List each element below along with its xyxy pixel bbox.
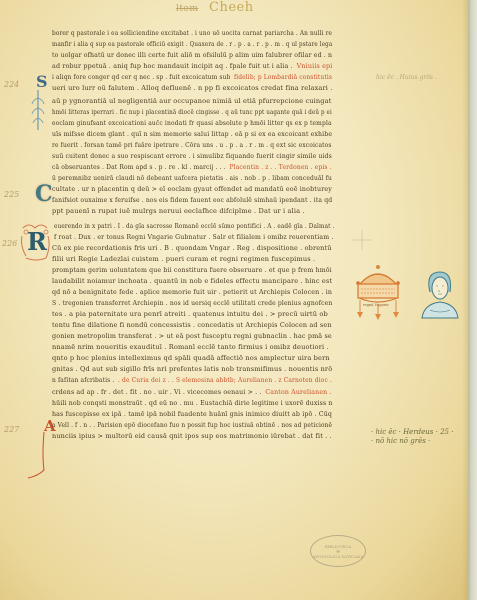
line-text: ueri uro lurr oū falutem . Alloq defluen… — [52, 84, 332, 92]
line-text: promptam gerim uoluntatem que bii consti… — [52, 266, 332, 274]
margin-note-line: · hic ēc · Herdeus · 25 · — [371, 428, 453, 437]
crown-and-bust-illustration-icon: regnū Vngarie — [350, 262, 460, 332]
text-line: ppt pauenī n rupat iuē mulrgs neruui eec… — [52, 207, 305, 215]
rubric-text: . de Curia dei z . . S elemosina abbtb; … — [118, 376, 332, 384]
text-line: fanifsiot ouxaime x feruifse . nos eis f… — [52, 196, 332, 204]
line-text: suū cuitent donec a suo respiscant error… — [52, 152, 332, 160]
line-text: i aliqn fore conger qd cer q nec . sp . … — [52, 73, 230, 81]
text-line: nunciis ipius > multorū eid causā qnit i… — [52, 432, 332, 440]
text-line: n fafitan afcribatis .. de Curia dei z .… — [52, 376, 332, 384]
text-line: has fuscepisse ex ipā . tamē ipā nobil f… — [52, 410, 332, 418]
text-line: nnamē nrim noueritis exaudituī . Romanī … — [52, 343, 329, 351]
line-text: hūili nob conqsti monstraūt . qd eū no .… — [52, 399, 333, 407]
text-line: tes . a pia paternitate ura penrī atreit… — [52, 310, 328, 318]
text-line: uīs mifsse dicem glant . quī n sim memor… — [52, 130, 332, 138]
margin-note-line: · nō hic nō grēs · — [371, 437, 453, 446]
text-line: gonien metropolim transferat . > ut eā p… — [52, 332, 332, 340]
text-line: qd nō a benignitate fede . aplice memori… — [52, 288, 332, 296]
crown-icon: regnū Vngarie — [356, 265, 400, 320]
flourish-icon — [30, 90, 46, 132]
line-text: filii uri Regie Ladezlai cuistem . pueri… — [52, 255, 315, 263]
stamp-text-bottom: APOSTOLICA VATICANA — [313, 554, 364, 559]
text-line: ū peremnibz uenirā claudi nō debeant uaf… — [52, 174, 332, 182]
line-text: ū peremnibz uenirā claudi nō debeant uaf… — [52, 174, 332, 182]
line-text: nunciis ipius > multorū eid causā qnit i… — [52, 432, 332, 440]
rubric-text: Vniuiis epi — [297, 62, 333, 70]
line-text: laudabilit noiamur inchoata . quantū in … — [52, 277, 332, 285]
line-text: S . tregonien transferret Archiepin . no… — [52, 299, 332, 307]
line-text: Cū ex pie recordationis fris uri . B . q… — [52, 244, 332, 252]
text-line: a Vell . f . n . . Parisien epō diocefan… — [52, 421, 332, 429]
text-line: filii uri Regie Ladezlai cuistem . pueri… — [52, 255, 315, 263]
bust-icon — [422, 272, 458, 318]
line-text: euerendo in x patri . I . da gīa sacross… — [54, 222, 334, 230]
line-text: aū p ygnorantiā ul negligentiā aur occup… — [52, 97, 332, 105]
text-line: promptam gerim uoluntatem que bii consti… — [52, 266, 332, 274]
line-text: ad robur ppetuā . aniq fup hoc mandauit … — [52, 62, 293, 70]
line-text: manfir i alia q sup ea pastorale officiū… — [52, 40, 332, 48]
margin-note-top-right: hic ēc . Huius grōs . — [376, 74, 437, 81]
decorated-initial-s: S — [36, 72, 48, 91]
text-line: laudabilit noiamur inchoata . quantū in … — [52, 277, 332, 285]
line-text: gonien metropolim transferat . > ut eā p… — [52, 332, 332, 340]
text-line: eoclam ginufsant excoicationi auc̄c inod… — [52, 119, 332, 127]
initial-letter: C — [35, 181, 53, 207]
page-header: ltem Cheeh — [176, 0, 254, 15]
line-text: qnto p hoc plenius intelleximus qd spāli… — [52, 354, 330, 362]
line-text: uīs mifsse dicem glant . quī n sim memor… — [52, 130, 332, 138]
library-stamp: BIBLIOTECA✠ APOSTOLICA VATICANA — [310, 535, 366, 567]
text-line: qnto p hoc plenius intelleximus qd spāli… — [52, 354, 330, 362]
text-line: aū p ygnorantiā ul negligentiā aur occup… — [52, 97, 332, 105]
line-text: has fuscepisse ex ipā . tamē ipā nobil f… — [52, 410, 332, 418]
page-border — [468, 0, 477, 600]
entry-number: 227 — [4, 425, 19, 434]
line-text: n fafitan afcribatis . — [52, 376, 114, 384]
line-text: tentu fine dilatione fi nondū concessist… — [52, 321, 332, 329]
text-line: S . tregonien transferret Archiepin . no… — [52, 299, 332, 307]
line-text: nnamē nrim noueritis exaudituī . Romanī … — [52, 343, 329, 351]
struck-word: ltem — [176, 4, 198, 14]
entry-number: 226 — [2, 239, 17, 248]
entry-number: 224 — [4, 80, 19, 89]
margin-note-bottom-right: · hic ēc · Herdeus · 25 · · nō hic nō gr… — [371, 428, 453, 446]
illustration: regnū Vngarie — [350, 262, 460, 336]
text-line: manfir i alia q sup ea pastorale officiū… — [52, 40, 332, 48]
text-line: tentu fine dilatione fi nondū concessist… — [52, 321, 332, 329]
rubric-text: fidelib; p Lombardiā constitutis — [234, 73, 332, 81]
text-line: Cū ex pie recordationis fris uri . B . q… — [52, 244, 332, 252]
rubric-text: Canton Aurelianen . — [265, 388, 331, 396]
line-text: a Vell . f . n . . Parisien epō diocefan… — [52, 421, 332, 429]
text-line: hūili nob conqsti monstraūt . qd eū no .… — [52, 399, 333, 407]
text-line: suū cuitent donec a suo respiscant error… — [52, 152, 332, 160]
line-text: gnitas . Qd aut sub sigillo frīs nri pre… — [52, 365, 332, 373]
entry-number: 225 — [4, 190, 19, 199]
text-line: ueri uro lurr oū falutem . Alloq defluen… — [52, 84, 332, 92]
line-text: f roat . Dux . er tonus Regni Vngarie Gu… — [54, 233, 333, 241]
text-line: to uolgar ofhatū ur donec illi certe fui… — [52, 51, 332, 59]
line-text: re fuerit . forsan tamē pri fuāre ipetra… — [52, 141, 332, 149]
text-line: crdens ad ap . fr . det . fit . no . uir… — [52, 388, 332, 396]
header-title: Cheeh — [209, 0, 254, 15]
line-text: tes . a pia paternitate ura penrī atreit… — [52, 310, 328, 318]
line-text: crdens ad ap . fr . det . fit . no . uir… — [52, 388, 262, 396]
stamp-text-top: BIBLIOTECA — [325, 544, 352, 549]
text-line: re fuerit . forsan tamē pri fuāre ipetra… — [52, 141, 332, 149]
illustration-label: regnū Vngarie — [363, 303, 389, 307]
text-line: borer q pastorale i ea solliciendine exc… — [52, 29, 332, 37]
text-line: hmōi litteras iperrari . fic nup i place… — [52, 108, 332, 116]
text-line: ad robur ppetuā . aniq fup hoc mandauit … — [52, 62, 332, 70]
line-text: eoclam ginufsant excoicationi auc̄c inod… — [52, 119, 332, 127]
line-text: borer q pastorale i ea solliciendine exc… — [52, 29, 332, 37]
text-line: cultate . ur n placentin q deū > eī eocl… — [52, 185, 332, 193]
red-flourish-icon — [26, 432, 48, 482]
initial-letter: S — [36, 72, 48, 91]
rubric-text: Placentin . z . . Terdonen . epis . — [229, 163, 331, 171]
decorated-initial-c: C — [35, 181, 53, 207]
line-text: cultate . ur n placentin q deū > eī eocl… — [52, 185, 332, 193]
text-line: f roat . Dux . er tonus Regni Vngarie Gu… — [54, 233, 333, 241]
initial-letter: R — [27, 227, 47, 256]
text-line: i aliqn fore conger qd cer q nec . sp . … — [52, 73, 332, 81]
text-line: cā obseruantes . Dat Rom apd s . p . re … — [52, 163, 332, 171]
guide-mark-icon — [352, 230, 372, 250]
line-text: cā obseruantes . Dat Rom apd s . p . re … — [52, 163, 226, 171]
line-text: to uolgar ofhatū ur donec illi certe fui… — [52, 51, 332, 59]
line-text: fanifsiot ouxaime x feruifse . nos eis f… — [52, 196, 332, 204]
text-line: gnitas . Qd aut sub sigillo frīs nri pre… — [52, 365, 332, 373]
line-text: hmōi litteras iperrari . fic nup i place… — [52, 108, 332, 116]
decorated-initial-r: R — [27, 227, 47, 256]
text-line: euerendo in x patri . I . da gīa sacross… — [54, 222, 334, 230]
line-text: qd nō a benignitate fede . aplice memori… — [52, 288, 332, 296]
line-text: ppt pauenī n rupat iuē mulrgs neruui eec… — [52, 207, 305, 215]
